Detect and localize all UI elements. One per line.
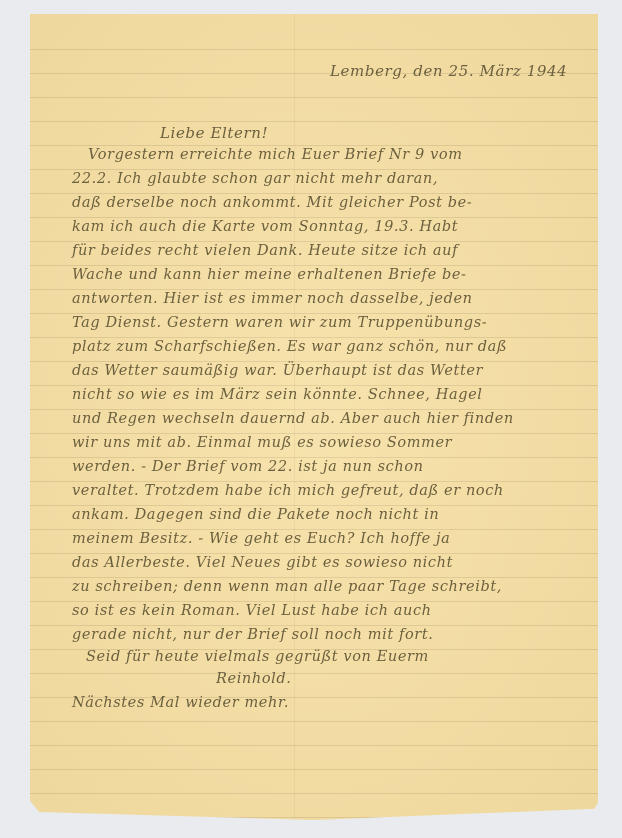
letter-body-line: das Wetter saumäßig war. Überhaupt ist d… [72, 364, 483, 379]
letter-place-date: Lemberg, den 25. März 1944 [330, 64, 567, 79]
letter-body-line: meinem Besitz. - Wie geht es Euch? Ich h… [72, 532, 450, 547]
letter-body-line: Wache und kann hier meine erhaltenen Bri… [72, 268, 467, 283]
letter-body-line: werden. - Der Brief vom 22. ist ja nun s… [72, 460, 424, 475]
letter-body-line: das Allerbeste. Viel Neues gibt es sowie… [72, 556, 453, 571]
letter-body-line: ankam. Dagegen sind die Pakete noch nich… [72, 508, 439, 523]
letter-body-line: für beides recht vielen Dank. Heute sitz… [72, 244, 458, 259]
letter-body-line: 22.2. Ich glaubte schon gar nicht mehr d… [72, 172, 438, 187]
letter-body-line: kam ich auch die Karte vom Sonntag, 19.3… [72, 220, 458, 235]
letter-signature: Reinhold. [216, 672, 291, 687]
letter-body-line: zu schreiben; denn wenn man alle paar Ta… [72, 580, 502, 595]
letter-body-line: nicht so wie es im März sein könnte. Sch… [72, 388, 483, 403]
letter-closing: Seid für heute vielmals gegrüßt von Euer… [86, 650, 429, 665]
letter-salutation: Liebe Eltern! [160, 126, 268, 141]
letter-body-line: wir uns mit ab. Einmal muß es sowieso So… [72, 436, 452, 451]
letter-postscript: Nächstes Mal wieder mehr. [72, 696, 289, 711]
letter-body-line: antworten. Hier ist es immer noch dassel… [72, 292, 473, 307]
letter-body-line: platz zum Scharfschießen. Es war ganz sc… [72, 340, 507, 355]
letter-body-line: und Regen wechseln dauernd ab. Aber auch… [72, 412, 514, 427]
letter-body-line: veraltet. Trotzdem habe ich mich gefreut… [72, 484, 504, 499]
letter-body-line: gerade nicht, nur der Brief soll noch mi… [72, 628, 433, 643]
letter-body-line: so ist es kein Roman. Viel Lust habe ich… [72, 604, 432, 619]
letter-body-line: daß derselbe noch ankommt. Mit gleicher … [72, 196, 472, 211]
letter-body-line: Vorgestern erreichte mich Euer Brief Nr … [88, 148, 463, 163]
letter-body-line: Tag Dienst. Gestern waren wir zum Truppe… [72, 316, 487, 331]
